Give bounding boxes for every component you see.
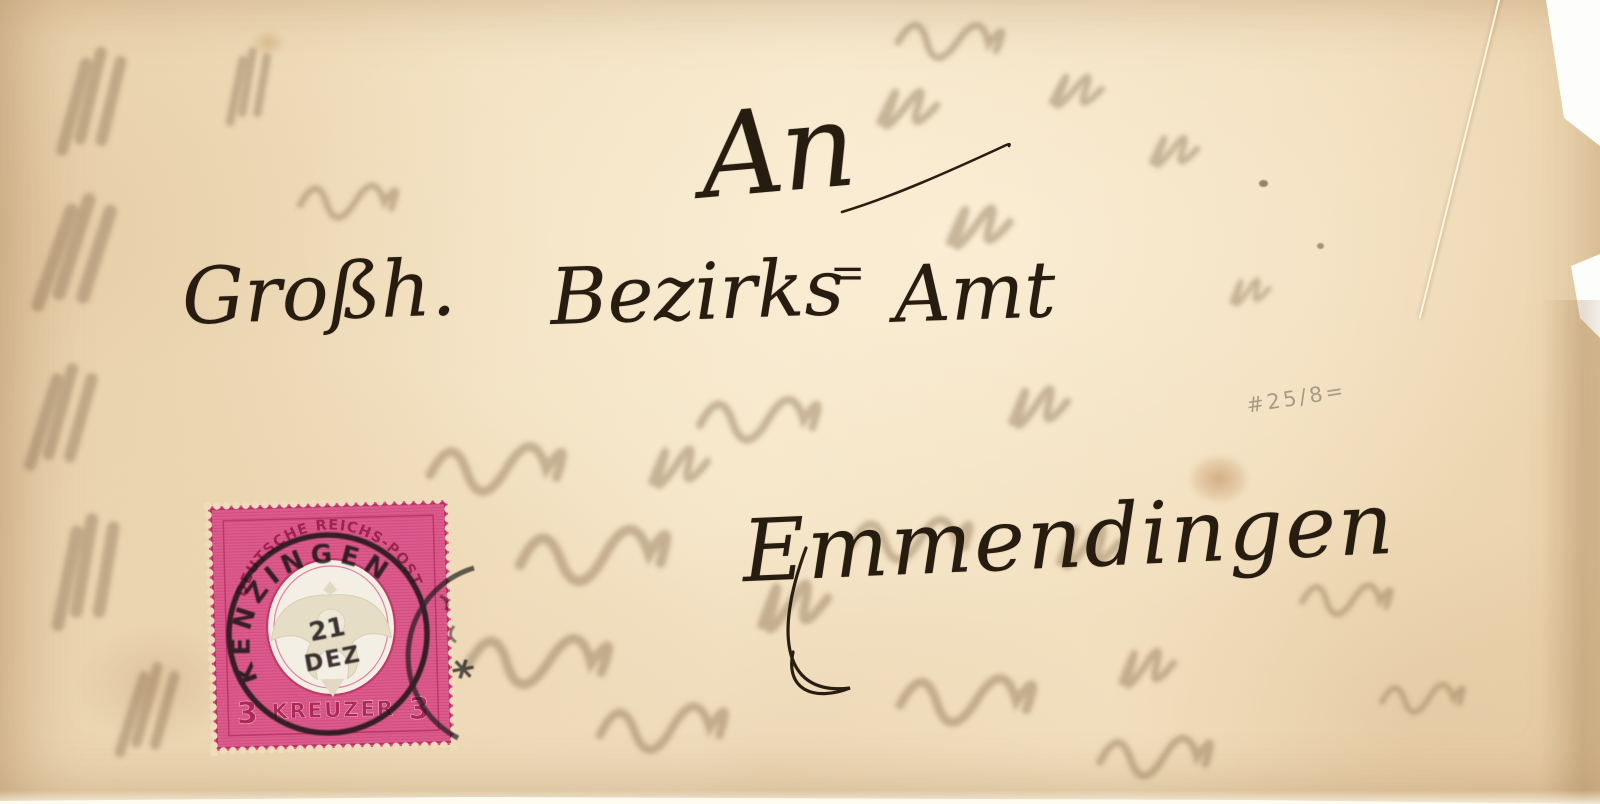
letter-cover-photo: An Großh. Bezirks = Amt Emmendingen #25/… xyxy=(0,0,1600,804)
postage-stamp-3-kreuzer: DEUTSCHE REICHS-POST 3 KREUZER 3 xyxy=(208,500,454,751)
handwritten-salutation: An xyxy=(694,78,858,226)
stamp-currency: KREUZER xyxy=(271,696,395,723)
address-office-prefix: Großh. xyxy=(181,243,458,342)
address-office-suffix: Amt xyxy=(892,245,1057,341)
stamp-artwork: DEUTSCHE REICHS-POST 3 KREUZER 3 xyxy=(208,500,454,751)
handwritten-address-line: Großh. Bezirks = Amt xyxy=(182,248,1232,408)
address-separator: = xyxy=(830,248,865,297)
stamp-value-right: 3 xyxy=(408,691,430,727)
address-office-word: Bezirks xyxy=(549,243,846,343)
stamp-value-left: 3 xyxy=(236,696,258,732)
